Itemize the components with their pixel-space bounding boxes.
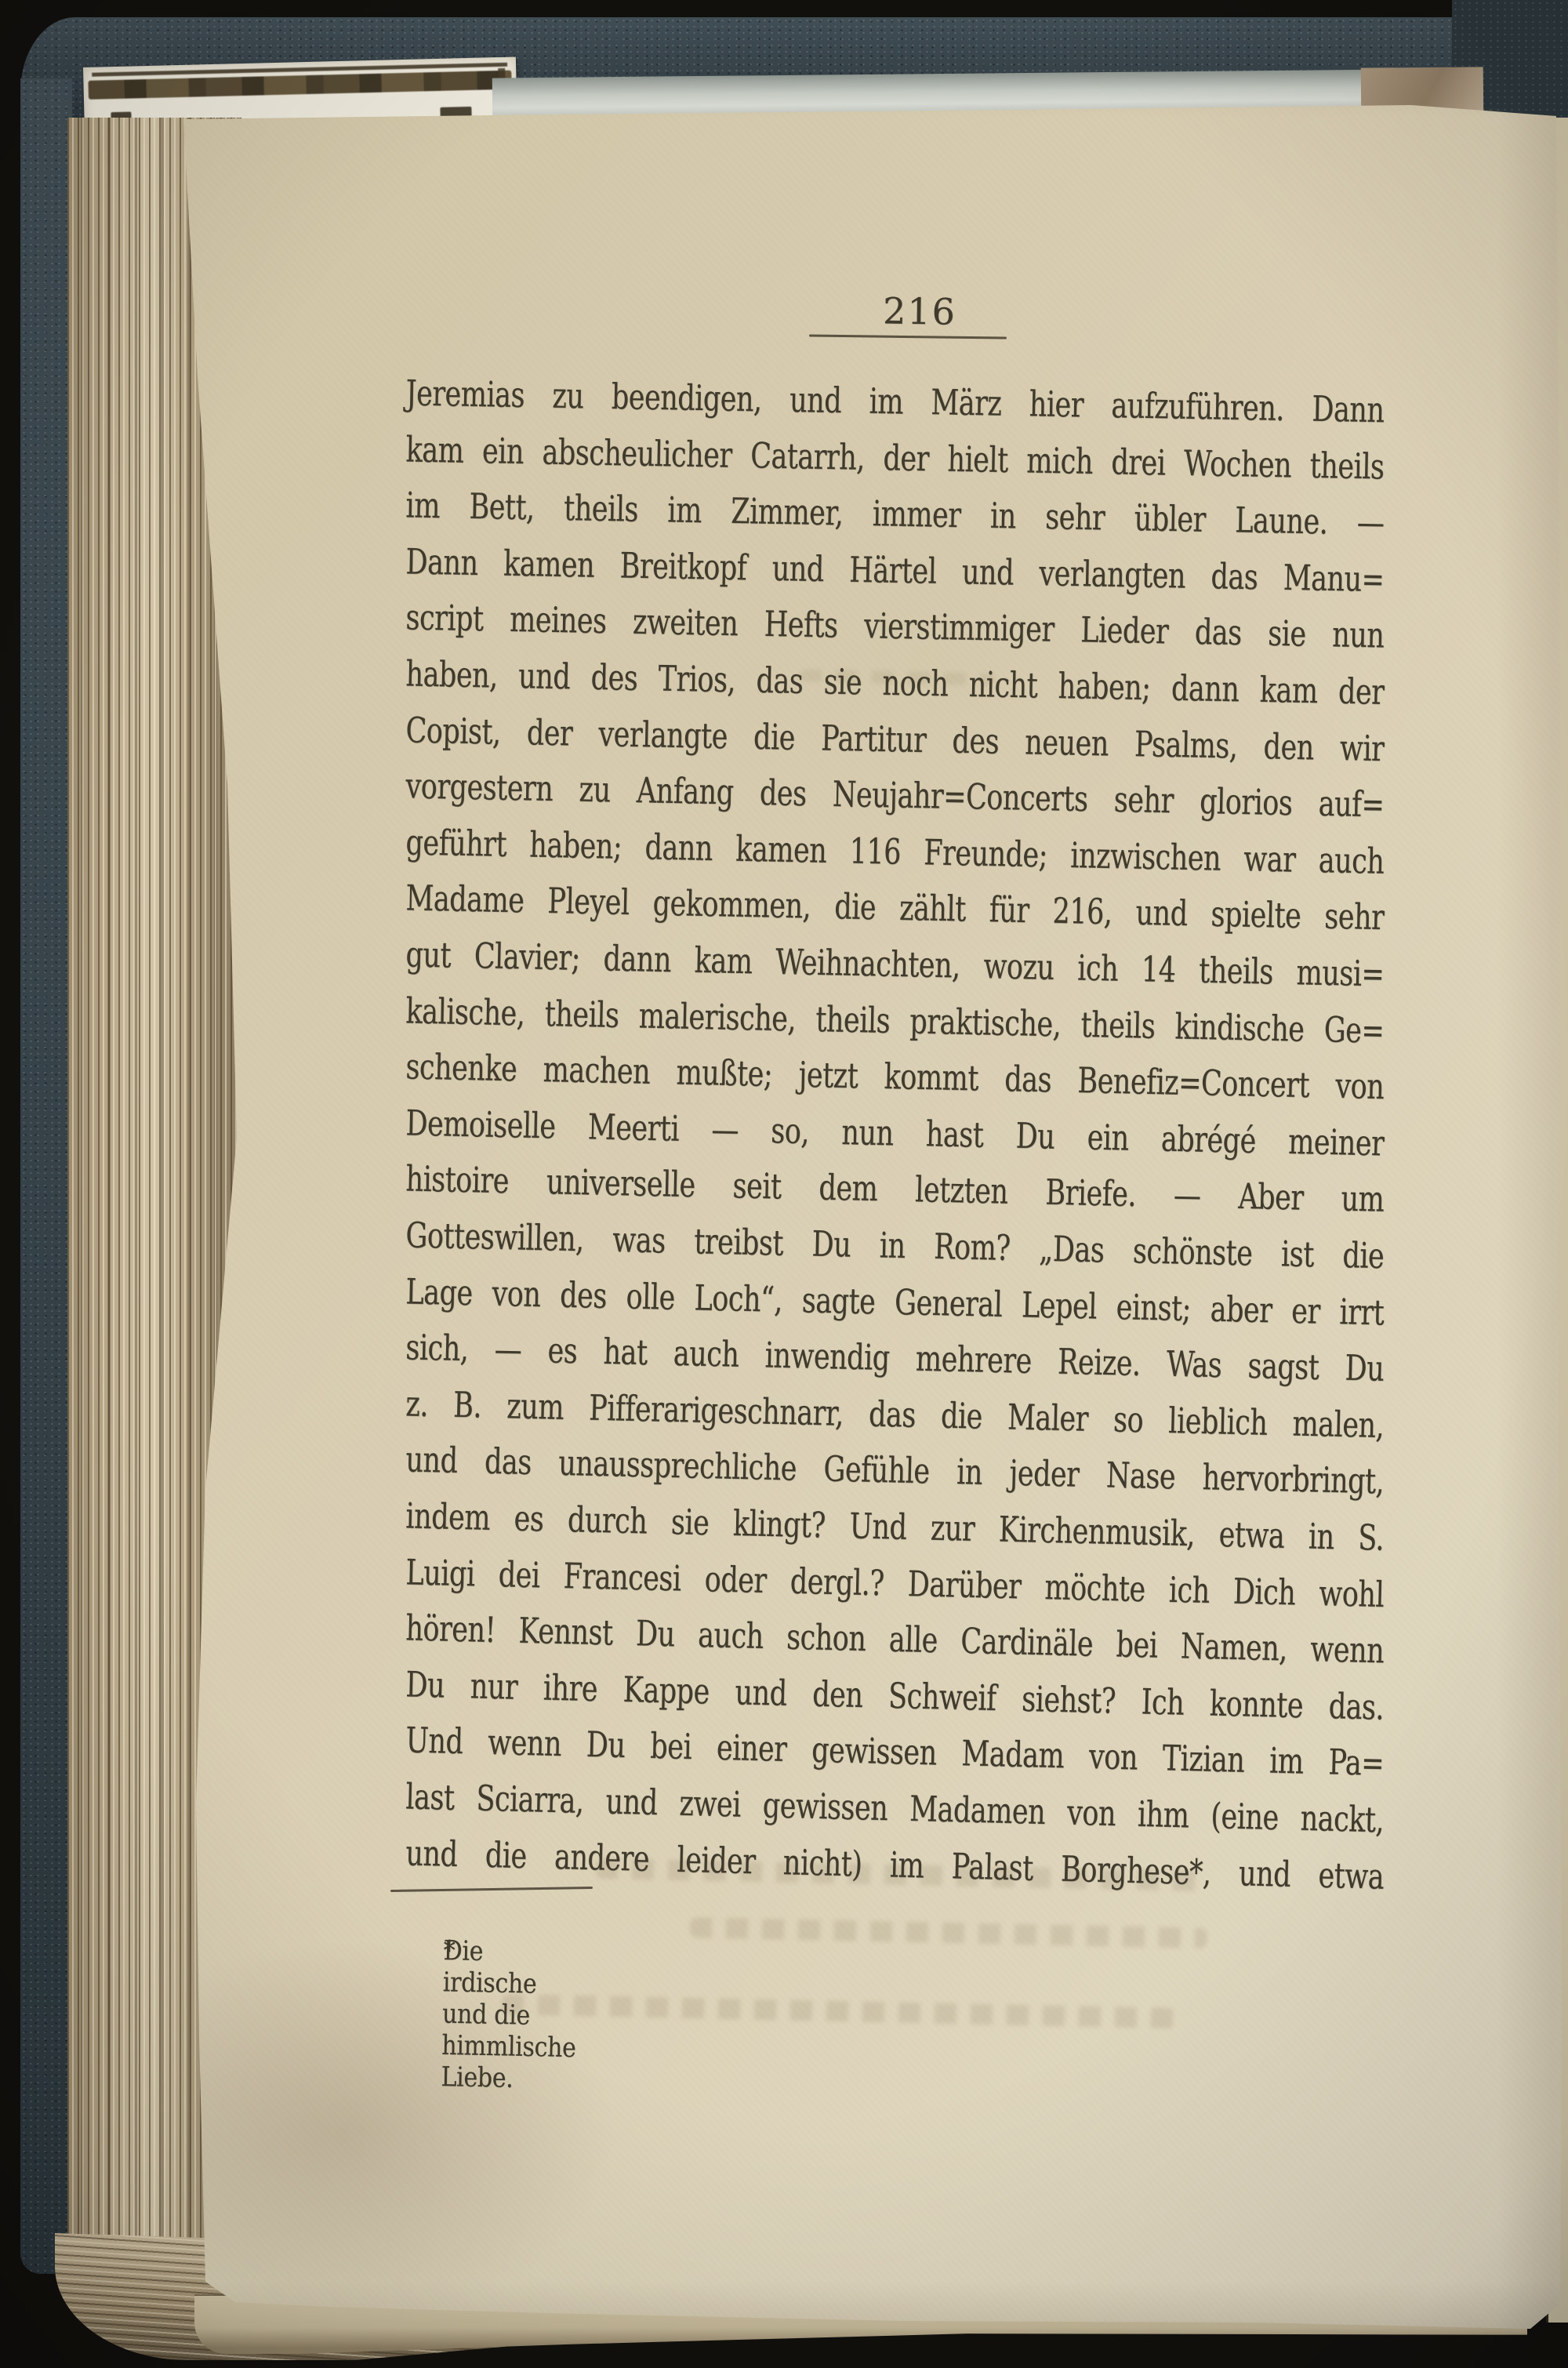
footnote-text: Die irdische und die himmlische Liebe. [441, 1935, 578, 2096]
body-line-9: geführt haben; dann kamen 116 Freunde; i… [405, 824, 1385, 882]
body-line-6: haben, und des Trios, das sie noch nicht… [405, 656, 1385, 713]
body-line-16: Gotteswillen, was treibst Du in Rom? „Da… [405, 1217, 1385, 1277]
body-line-13: schenke machen mußte; jetzt kommt das Be… [405, 1048, 1385, 1107]
body-line-10: Madame Pleyel gekommen, die zählt für 21… [405, 880, 1385, 938]
book-photo-scene: 216 Jeremias zu beendigen, und im März h… [0, 0, 1568, 2368]
body-line-22: Luigi dei Francesi oder dergl.? Darüber … [405, 1554, 1385, 1615]
body-line-17: Lage von des olle Loch“, sagte General L… [405, 1273, 1385, 1333]
body-line-20: und das unaussprechliche Gefühle in jede… [405, 1441, 1385, 1502]
body-line-4: Dann kamen Breitkopf und Härtel und verl… [405, 543, 1385, 600]
body-line-21: indem es durch sie klingt? Und zur Kirch… [405, 1498, 1385, 1559]
body-line-8: vorgestern zu Anfang des Neujahr=Concert… [405, 768, 1385, 825]
body-line-23: hören! Kennst Du auch schon alle Cardinä… [405, 1610, 1385, 1671]
body-line-15: histoire universelle seit dem letzten Br… [405, 1160, 1385, 1220]
body-line-18: sich, — es hat auch inwendig mehrere Rei… [405, 1329, 1385, 1389]
body-line-5: script meines zweiten Hefts vierstimmige… [405, 599, 1385, 656]
body-line-7: Copist, der verlangte die Partitur des n… [405, 712, 1385, 769]
body-line-19: z. B. zum Pifferarigeschnarr, das die Ma… [405, 1386, 1385, 1446]
body-line-2: kam ein abscheulicher Catarrh, der hielt… [405, 431, 1385, 487]
body-line-25: Und wenn Du bei einer gewissen Madam von… [405, 1722, 1385, 1784]
body-line-11: gut Clavier; dann kam Weihnachten, wozu … [405, 936, 1385, 994]
body-line-1: Jeremias zu beendigen, und im März hier … [405, 375, 1385, 430]
body-text: Jeremias zu beendigen, und im März hier … [0, 0, 1568, 2368]
body-line-3: im Bett, theils im Zimmer, immer in sehr… [405, 487, 1385, 543]
body-line-24: Du nur ihre Kappe und den Schweif siehst… [405, 1666, 1385, 1728]
body-line-26: last Sciarra, und zwei gewissen Madamen … [405, 1778, 1385, 1840]
body-line-14: Demoiselle Meerti — so, nun hast Du ein … [405, 1105, 1385, 1164]
body-line-12: kalische, theils malerische, theils prak… [405, 993, 1385, 1051]
